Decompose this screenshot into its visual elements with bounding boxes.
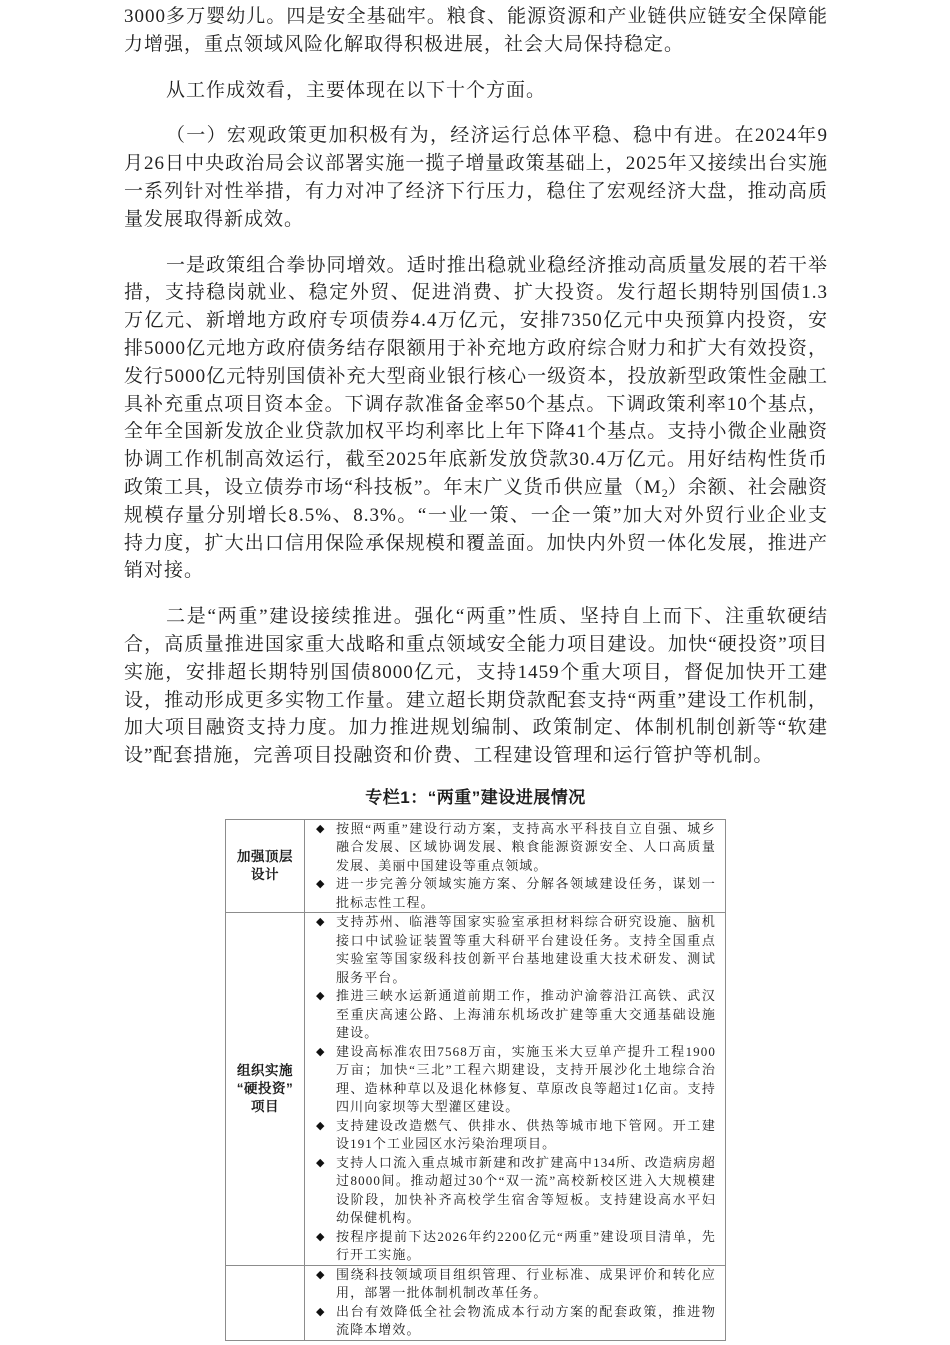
box-title: 专栏1：“两重”建设进展情况	[225, 788, 726, 808]
table-row-hard-investment: 组织实施 “硬投资” 项目 ◆ 支持苏州、临港等国家实验室承担材料综合研究设施、…	[226, 913, 726, 1266]
document-page: 3000多万婴幼儿。四是安全基础牢。粮食、能源资源和产业链供应链安全保障能力增强…	[0, 0, 950, 1341]
diamond-bullet-icon: ◆	[305, 913, 336, 932]
list-item-text: 围绕科技领域项目组织管理、行业标准、成果评价和转化应用，部署一批体制机制改革任务…	[336, 1266, 725, 1303]
row-content-soft-construction: ◆ 围绕科技领域项目组织管理、行业标准、成果评价和转化应用，部署一批体制机制改革…	[305, 1265, 726, 1340]
list-item-text: 支持建设改造燃气、供排水、供热等城市地下管网。开工建设191个工业园区水污染治理…	[336, 1117, 725, 1154]
diamond-bullet-icon: ◆	[305, 1303, 336, 1322]
list-item-text: 支持苏州、临港等国家实验室承担材料综合研究设施、脑机接口中试验证装置等重大科研平…	[336, 913, 725, 987]
progress-table: 加强顶层 设计 ◆ 按照“两重”建设行动方案，支持高水平科技自立自强、城乡融合发…	[225, 819, 726, 1341]
table-row-soft-construction: ◆ 围绕科技领域项目组织管理、行业标准、成果评价和转化应用，部署一批体制机制改革…	[226, 1265, 726, 1340]
diamond-bullet-icon: ◆	[305, 1154, 336, 1173]
row-label-soft-construction	[226, 1265, 305, 1340]
paragraph-two-major: 二是“两重”建设接续推进。强化“两重”性质、坚持自上而下、注重软硬结合，高质量推…	[124, 603, 828, 770]
paragraph-policy-mix-text-a: 一是政策组合拳协同增效。适时推出稳就业稳经济推动高质量发展的若干举措，支持稳岗就…	[124, 255, 828, 498]
list-item-text: 建设高标准农田7568万亩，实施玉米大豆单产提升工程1900万亩；加快“三北”工…	[336, 1043, 725, 1117]
list-item-text: 推进三峡水运新通道前期工作，推动沪渝蓉沿江高铁、武汉至重庆高速公路、上海浦东机场…	[336, 987, 725, 1043]
list-item-text: 出台有效降低全社会物流成本行动方案的配套政策，推进物流降本增效。	[336, 1303, 725, 1340]
list-item: ◆ 按照“两重”建设行动方案，支持高水平科技自立自强、城乡融合发展、区域协调发展…	[305, 820, 725, 876]
diamond-bullet-icon: ◆	[305, 1228, 336, 1247]
row-content-top-level-design: ◆ 按照“两重”建设行动方案，支持高水平科技自立自强、城乡融合发展、区域协调发展…	[305, 819, 726, 913]
list-item: ◆ 进一步完善分领域实施方案、分解各领域建设任务，谋划一批标志性工程。	[305, 875, 725, 912]
paragraph-continuation: 3000多万婴幼儿。四是安全基础牢。粮食、能源资源和产业链供应链安全保障能力增强…	[124, 3, 828, 59]
paragraph-overview: 从工作成效看，主要体现在以下十个方面。	[124, 77, 828, 105]
diamond-bullet-icon: ◆	[305, 875, 336, 894]
diamond-bullet-icon: ◆	[305, 1266, 336, 1285]
list-item-text: 按照“两重”建设行动方案，支持高水平科技自立自强、城乡融合发展、区域协调发展、粮…	[336, 820, 725, 876]
list-item: ◆ 建设高标准农田7568万亩，实施玉米大豆单产提升工程1900万亩；加快“三北…	[305, 1043, 725, 1117]
list-item: ◆ 支持建设改造燃气、供排水、供热等城市地下管网。开工建设191个工业园区水污染…	[305, 1117, 725, 1154]
paragraph-policy-mix: 一是政策组合拳协同增效。适时推出稳就业稳经济推动高质量发展的若干举措，支持稳岗就…	[124, 252, 828, 586]
list-item: ◆ 支持苏州、临港等国家实验室承担材料综合研究设施、脑机接口中试验证装置等重大科…	[305, 913, 725, 987]
list-item: ◆ 出台有效降低全社会物流成本行动方案的配套政策，推进物流降本增效。	[305, 1303, 725, 1340]
list-item-text: 进一步完善分领域实施方案、分解各领域建设任务，谋划一批标志性工程。	[336, 875, 725, 912]
list-item-text: 按程序提前下达2026年约2200亿元“两重”建设项目清单，先行开工实施。	[336, 1228, 725, 1265]
paragraph-section-1: （一）宏观政策更加积极有为，经济运行总体平稳、稳中有进。在2024年9月26日中…	[124, 122, 828, 233]
list-item: ◆ 围绕科技领域项目组织管理、行业标准、成果评价和转化应用，部署一批体制机制改革…	[305, 1266, 725, 1303]
list-item: ◆ 按程序提前下达2026年约2200亿元“两重”建设项目清单，先行开工实施。	[305, 1228, 725, 1265]
row-label-hard-investment: 组织实施 “硬投资” 项目	[226, 913, 305, 1266]
table-row-top-level-design: 加强顶层 设计 ◆ 按照“两重”建设行动方案，支持高水平科技自立自强、城乡融合发…	[226, 819, 726, 913]
row-label-top-level-design: 加强顶层 设计	[226, 819, 305, 913]
diamond-bullet-icon: ◆	[305, 1043, 336, 1062]
diamond-bullet-icon: ◆	[305, 1117, 336, 1136]
diamond-bullet-icon: ◆	[305, 987, 336, 1006]
row-content-hard-investment: ◆ 支持苏州、临港等国家实验室承担材料综合研究设施、脑机接口中试验证装置等重大科…	[305, 913, 726, 1266]
list-item-text: 支持人口流入重点城市新建和改扩建高中134所、改造病房超过8000间。推动超过3…	[336, 1154, 725, 1228]
list-item: ◆ 支持人口流入重点城市新建和改扩建高中134所、改造病房超过8000间。推动超…	[305, 1154, 725, 1228]
list-item: ◆ 推进三峡水运新通道前期工作，推动沪渝蓉沿江高铁、武汉至重庆高速公路、上海浦东…	[305, 987, 725, 1043]
diamond-bullet-icon: ◆	[305, 820, 336, 839]
